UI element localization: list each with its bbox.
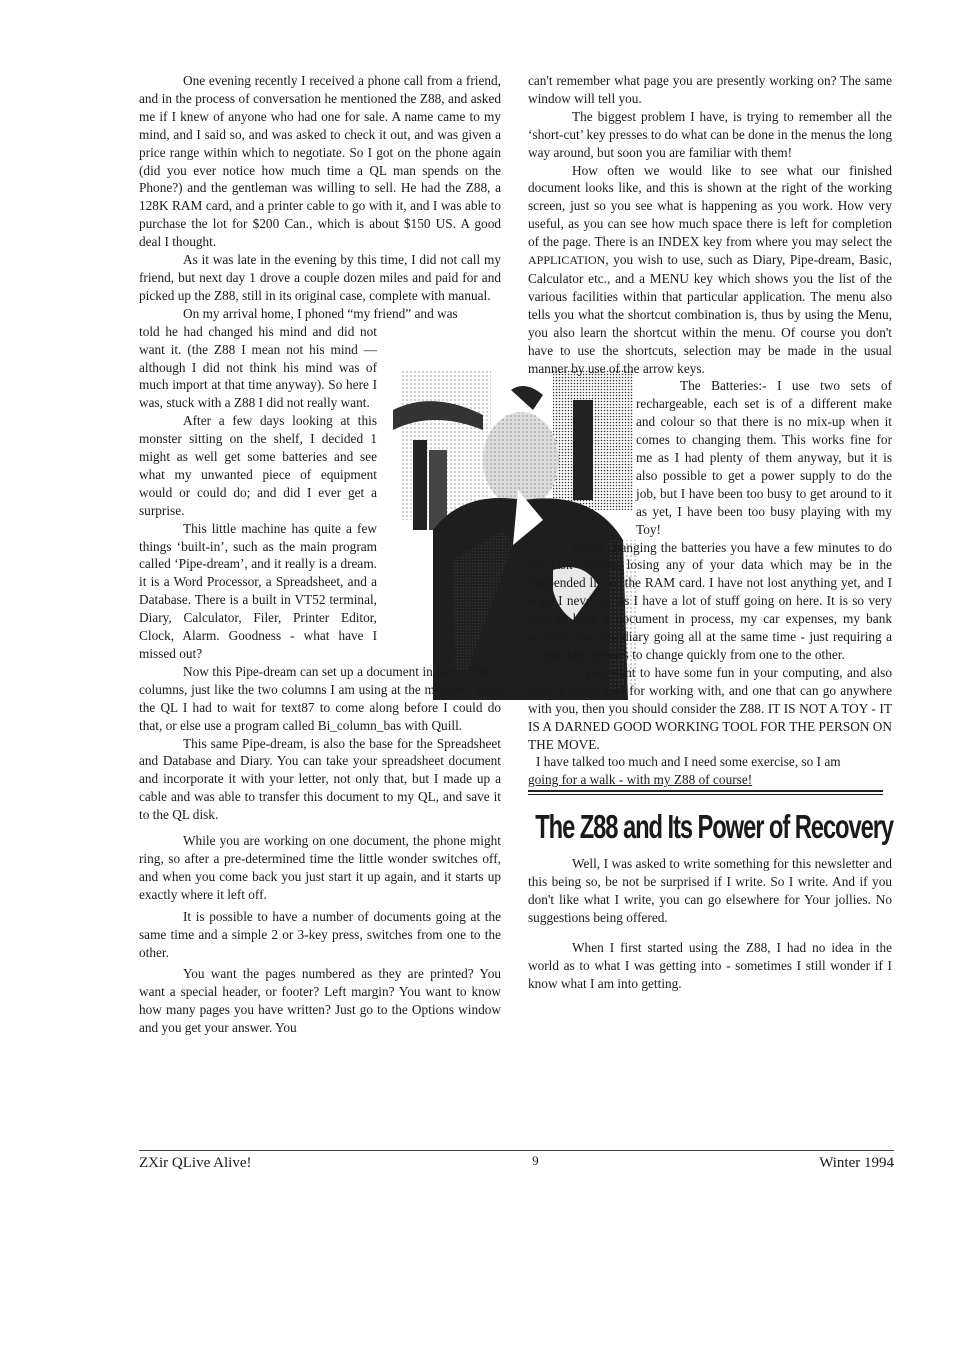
closing-line: going for a walk - with my Z88 of course… (528, 771, 892, 789)
small-caps-term: APPLICATION (528, 253, 605, 267)
paragraph: On my arrival home, I phoned “my friend”… (139, 305, 501, 323)
paragraph: While you are working on one document, t… (139, 832, 501, 904)
paragraph: The biggest problem I have, is trying to… (528, 108, 892, 162)
paragraph: One evening recently I received a phone … (139, 72, 501, 251)
right-column: can't remember what page you are present… (528, 72, 892, 993)
text-wrap-around-photo: The Batteries:- I use two sets of rechar… (636, 377, 892, 538)
page-number: 9 (532, 1153, 539, 1172)
text-run: How often we would like to see what our … (528, 163, 892, 250)
paragraph: You want the pages numbered as they are … (139, 965, 501, 1037)
spacer (528, 927, 892, 939)
issue-date: Winter 1994 (819, 1155, 894, 1172)
text-wrap-around-photo: told he had changed his mind and did not… (139, 323, 377, 663)
paragraph: As it was late in the evening by this ti… (139, 251, 501, 305)
paragraph: This little machine has quite a few thin… (139, 520, 377, 663)
paragraph: told he had changed his mind and did not… (139, 323, 377, 413)
paragraph: Now this Pipe-dream can set up a documen… (139, 663, 501, 735)
paragraph: If you want to have some fun in your com… (528, 664, 892, 754)
paragraph: When changing the batteries you have a f… (528, 539, 892, 664)
text-run: , you wish to use, such as Diary, Pipe-d… (528, 252, 892, 375)
paragraph: After a few days looking at this monster… (139, 412, 377, 519)
double-rule-divider (528, 790, 883, 795)
paragraph: When I first started using the Z88, I ha… (528, 939, 892, 993)
article-headline: The Z88 and Its Power of Recovery (535, 809, 881, 845)
publication-name: ZXir QLive Alive! (139, 1155, 251, 1172)
page-footer: ZXir QLive Alive! 9 Winter 1994 (139, 1150, 894, 1172)
paragraph: The Batteries:- I use two sets of rechar… (636, 377, 892, 538)
paragraph: can't remember what page you are present… (528, 72, 892, 108)
left-column: One evening recently I received a phone … (139, 72, 501, 1037)
paragraph: How often we would like to see what our … (528, 162, 892, 378)
paragraph: I have talked too much and I need some e… (528, 753, 892, 771)
paragraph: This same Pipe-dream, is also the base f… (139, 735, 501, 825)
paragraph: Well, I was asked to write something for… (528, 855, 892, 927)
paragraph: It is possible to have a number of docum… (139, 908, 501, 962)
